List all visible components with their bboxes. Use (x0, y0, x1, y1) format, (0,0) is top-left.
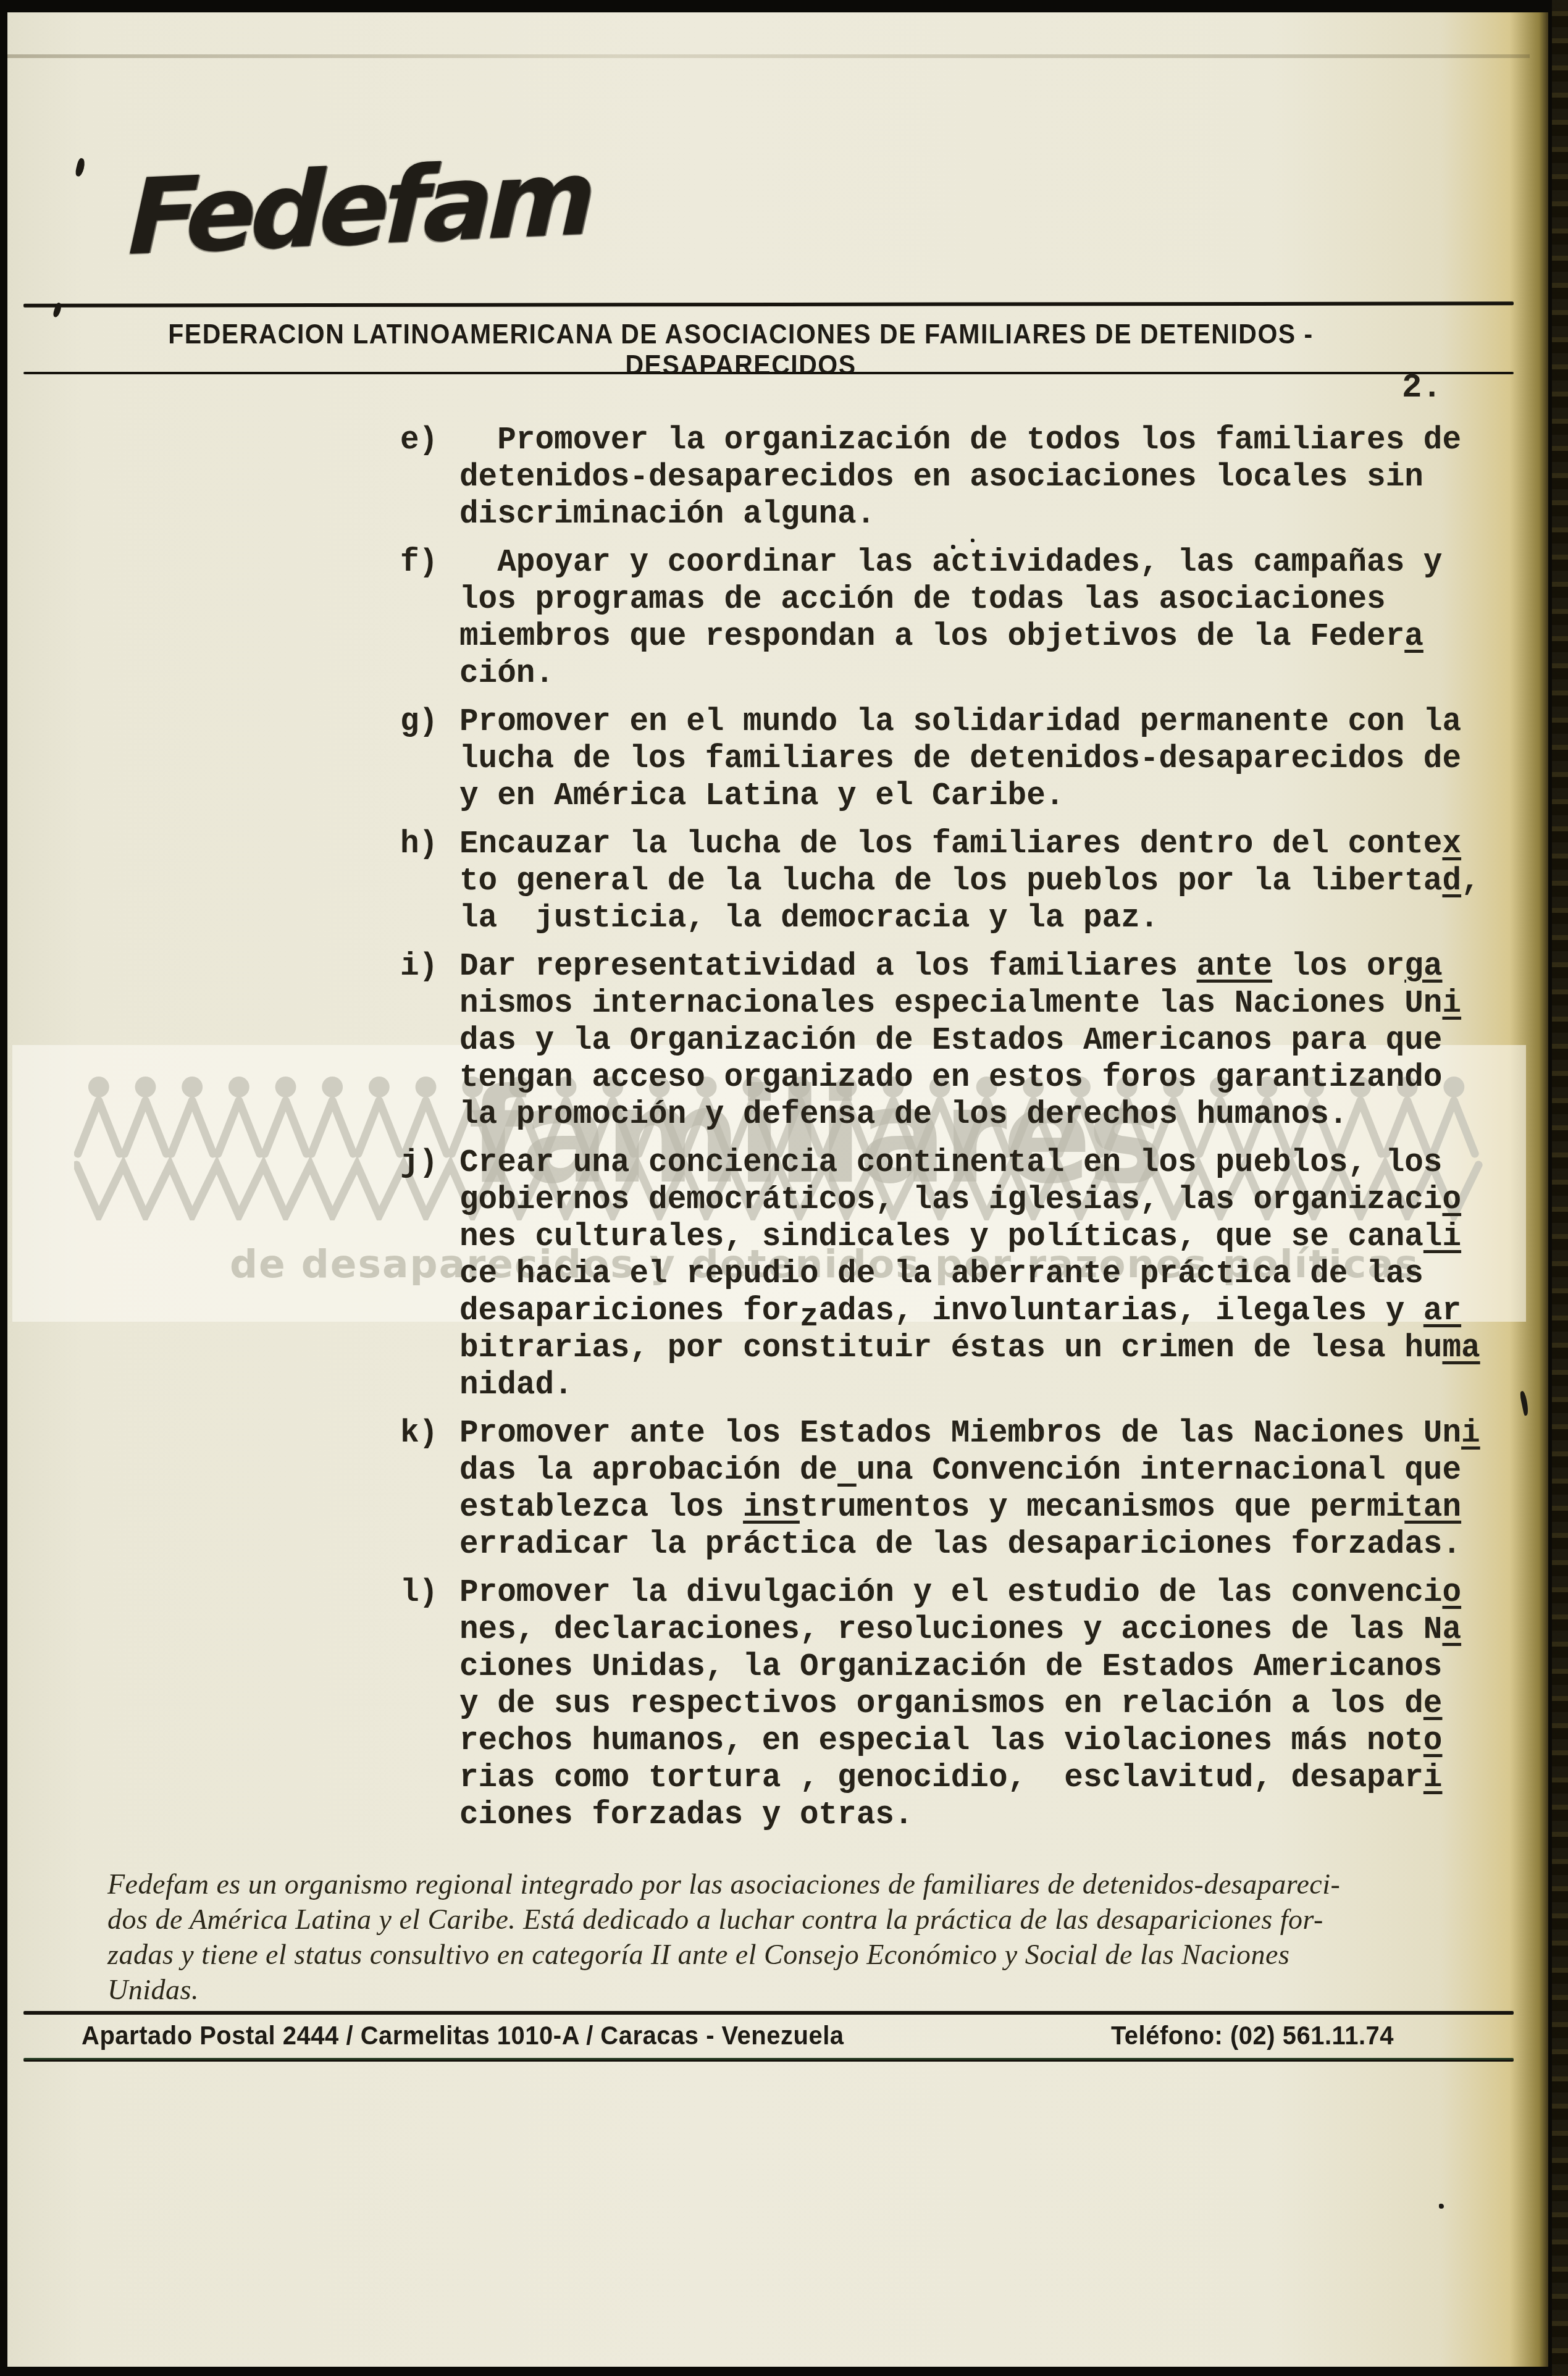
objective-lines: Encauzar la lucha de los familiares dent… (459, 826, 1506, 938)
objective-line: Promover ante los Estados Miembros de la… (459, 1416, 1506, 1453)
paper: Fedefam FEDERACION LATINOAMERICANA DE AS… (7, 12, 1548, 2367)
objective-label: e) (400, 422, 459, 534)
fedefam-logo: Fedefam (127, 136, 592, 278)
objective-item: j)Crear una conciencia continental en lo… (400, 1145, 1506, 1404)
about-line: Unidas. (107, 1972, 1466, 2007)
objective-item: i)Dar representatividad a los familiares… (400, 949, 1506, 1134)
objective-line: la promoción y defensa de los derechos h… (459, 1097, 1506, 1134)
objective-label: l) (400, 1575, 459, 1834)
objective-lines: Apoyar y coordinar las actividades, las … (459, 545, 1506, 693)
header-rule-top (23, 301, 1514, 307)
objective-lines: Promover en el mundo la solidaridad perm… (459, 704, 1506, 815)
objective-label: j) (400, 1145, 459, 1404)
phone-number: Teléfono: (02) 561.11.74 (1111, 2021, 1394, 2051)
objective-line: Dar representatividad a los familiares a… (459, 949, 1506, 986)
postal-address: Apartado Postal 2444 / Carmelitas 1010-A… (82, 2021, 844, 2051)
objective-line: miembros que respondan a los objetivos d… (459, 619, 1506, 656)
objective-line: erradicar la práctica de las desaparicio… (459, 1527, 1506, 1564)
objective-line: ciones forzadas y otras. (459, 1797, 1506, 1834)
objective-line: los programas de acción de todas las aso… (459, 582, 1506, 619)
about-line: Fedefam es un organismo regional integra… (107, 1866, 1466, 1902)
objective-line: nidad. (459, 1367, 1506, 1404)
objective-line: y en América Latina y el Caribe. (459, 778, 1506, 815)
objective-item: l)Promover la divulgación y el estudio d… (400, 1575, 1506, 1834)
objective-item: e) Promover la organización de todos los… (400, 422, 1506, 534)
objective-line: desapariciones forzadas, involuntarias, … (459, 1293, 1506, 1330)
objective-label: g) (400, 704, 459, 815)
objective-line: rias como tortura , genocidio, esclavitu… (459, 1760, 1506, 1797)
objective-line: rechos humanos, en especial las violacio… (459, 1723, 1506, 1760)
page-edge-shadow (1552, 0, 1568, 2376)
objective-lines: Promover la divulgación y el estudio de … (459, 1575, 1506, 1834)
about-line: zadas y tiene el status consultivo en ca… (107, 1937, 1466, 1972)
objective-line: tengan acceso organizado en estos foros … (459, 1060, 1506, 1097)
objectives-list: e) Promover la organización de todos los… (400, 422, 1506, 1845)
objective-line: Encauzar la lucha de los familiares dent… (459, 826, 1506, 863)
objective-line: establezca los instrumentos y mecanismos… (459, 1490, 1506, 1527)
objective-label: f) (400, 545, 459, 693)
objective-line: Promover en el mundo la solidaridad perm… (459, 704, 1506, 741)
objective-line: y de sus respectivos organismos en relac… (459, 1686, 1506, 1723)
objective-line: Promover la divulgación y el estudio de … (459, 1575, 1506, 1612)
objective-label: i) (400, 949, 459, 1134)
objective-line: nes culturales, sindicales y políticas, … (459, 1219, 1506, 1256)
objective-item: g)Promover en el mundo la solidaridad pe… (400, 704, 1506, 815)
objective-line: detenidos-desaparecidos en asociaciones … (459, 460, 1506, 497)
footer-rule-top (23, 2011, 1514, 2015)
objective-item: k)Promover ante los Estados Miembros de … (400, 1416, 1506, 1564)
objective-item: f) Apoyar y coordinar las actividades, l… (400, 545, 1506, 693)
objective-line: das la aprobación de una Convención inte… (459, 1453, 1506, 1490)
objective-line: discriminación alguna. (459, 497, 1506, 534)
objective-label: k) (400, 1416, 459, 1564)
about-fedefam-paragraph: Fedefam es un organismo regional integra… (107, 1866, 1466, 2007)
objective-line: ce hacia el repudio de la aberrante prác… (459, 1256, 1506, 1293)
objective-line: nes, declaraciones, resoluciones y accio… (459, 1612, 1506, 1649)
objective-line: das y la Organización de Estados America… (459, 1023, 1506, 1060)
ink-speck (75, 157, 86, 177)
objective-item: h)Encauzar la lucha de los familiares de… (400, 826, 1506, 938)
about-line: dos de América Latina y el Caribe. Está … (107, 1902, 1466, 1937)
objective-lines: Promover la organización de todos los fa… (459, 422, 1506, 534)
footer-rule-bottom (23, 2058, 1514, 2062)
scanned-document-page: Fedefam FEDERACION LATINOAMERICANA DE AS… (0, 0, 1568, 2376)
objective-label: h) (400, 826, 459, 938)
objective-line: la justicia, la democracia y la paz. (459, 900, 1506, 938)
header-rule-bottom (23, 372, 1514, 374)
page-number: 2. (1402, 369, 1442, 407)
objective-line: gobiernos democráticos, las iglesias, la… (459, 1182, 1506, 1219)
scan-seam (7, 54, 1530, 58)
ink-speck (1519, 1391, 1530, 1416)
objective-lines: Crear una conciencia continental en los … (459, 1145, 1506, 1404)
objective-line: Apoyar y coordinar las actividades, las … (459, 545, 1506, 582)
objective-line: Crear una conciencia continental en los … (459, 1145, 1506, 1182)
objective-line: to general de la lucha de los pueblos po… (459, 863, 1506, 900)
objective-line: bitrarias, por constituir éstas un crime… (459, 1330, 1506, 1367)
ink-speck (1439, 2204, 1444, 2209)
footer-contact-bar: Apartado Postal 2444 / Carmelitas 1010-A… (82, 2021, 1394, 2051)
objective-line: Promover la organización de todos los fa… (459, 422, 1506, 460)
objective-line: lucha de los familiares de detenidos-des… (459, 741, 1506, 778)
objective-line: ciones Unidas, la Organización de Estado… (459, 1649, 1506, 1686)
objective-line: nismos internacionales especialmente las… (459, 986, 1506, 1023)
objective-lines: Dar representatividad a los familiares a… (459, 949, 1506, 1134)
objective-line: ción. (459, 656, 1506, 693)
objective-lines: Promover ante los Estados Miembros de la… (459, 1416, 1506, 1564)
